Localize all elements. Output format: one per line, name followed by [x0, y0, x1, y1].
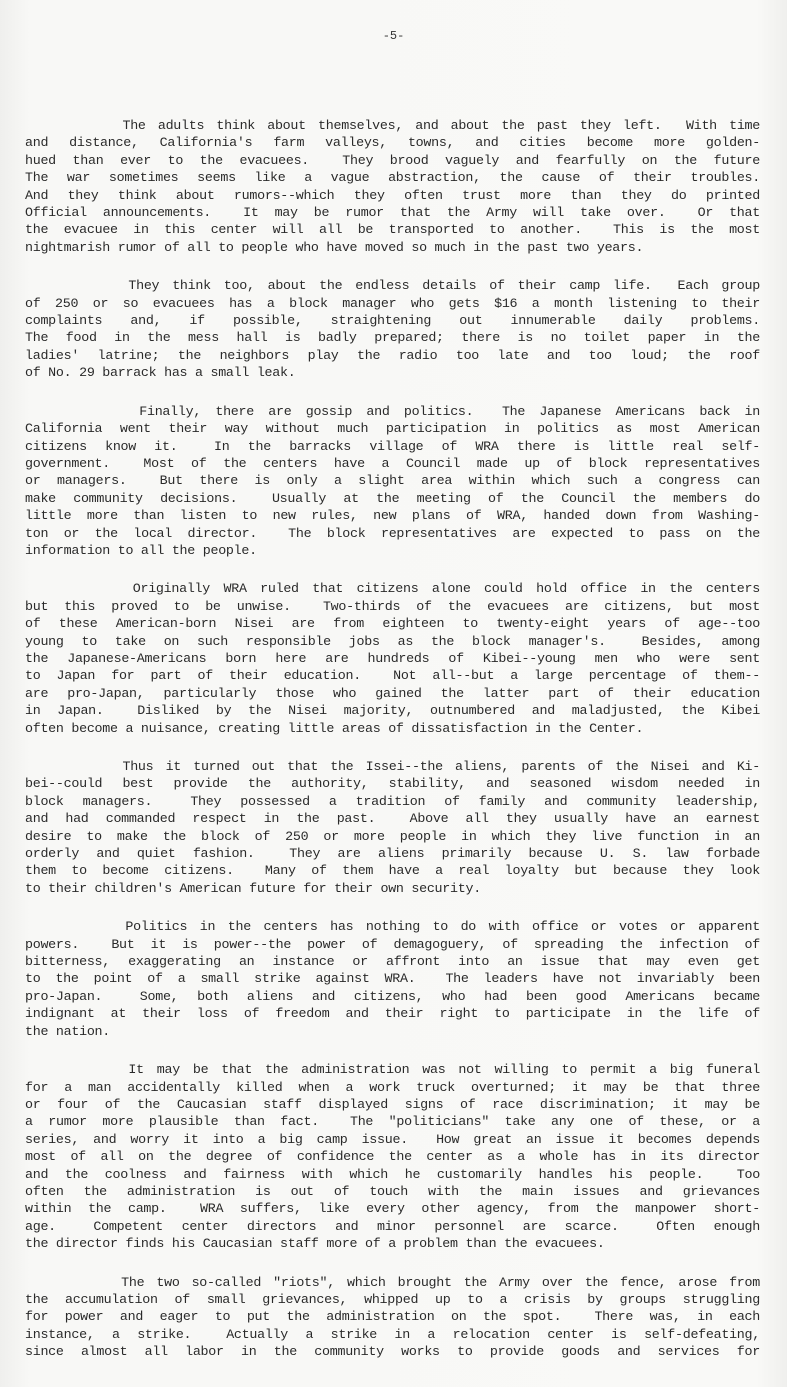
text-line: instance, a strike. Actually a strike in… [25, 1327, 760, 1344]
text-line: Official announcements. It may be rumor … [25, 205, 760, 222]
text-line: hued than ever to the evacuees. They bro… [25, 153, 760, 170]
text-line: information to all the people. [25, 543, 760, 560]
text-line: for a man accidentally killed when a wor… [25, 1080, 760, 1097]
paragraph: Originally WRA ruled that citizens alone… [25, 581, 760, 738]
text-line: The adults think about themselves, and a… [25, 118, 760, 135]
document-body: The adults think about themselves, and a… [25, 118, 760, 1362]
text-line: the nation. [25, 1024, 760, 1041]
paragraph-gap [25, 1254, 760, 1275]
text-line: young to take on such responsible jobs a… [25, 634, 760, 651]
text-line: series, and worry it into a big camp iss… [25, 1132, 760, 1149]
text-line: desire to make the block of 250 or more … [25, 829, 760, 846]
page-number: -5- [0, 29, 787, 43]
text-line: most of all on the degree of confidence … [25, 1149, 760, 1166]
text-line: or four of the Caucasian staff displayed… [25, 1097, 760, 1114]
text-line: to their children's American future for … [25, 881, 760, 898]
paragraph: Thus it turned out that the Issei--the a… [25, 759, 760, 898]
text-line: orderly and quiet fashion. They are alie… [25, 846, 760, 863]
text-line: make community decisions. Usually at the… [25, 491, 760, 508]
text-line: for power and eager to put the administr… [25, 1309, 760, 1326]
text-line: to Japan for part of their education. No… [25, 668, 760, 685]
text-line: ladies' latrine; the neighbors play the … [25, 348, 760, 365]
paragraph: It may be that the administration was no… [25, 1062, 760, 1253]
text-line: indignant at their loss of freedom and t… [25, 1006, 760, 1023]
paragraph-gap [25, 1041, 760, 1062]
paragraph: They think too, about the endless detail… [25, 278, 760, 382]
text-line: of No. 29 barrack has a small leak. [25, 365, 760, 382]
text-line: and the coolness and fairness with which… [25, 1167, 760, 1184]
text-line: the Japanese-Americans born here are hun… [25, 651, 760, 668]
paragraph-gap [25, 383, 760, 404]
text-line: bitterness, exaggerating an instance or … [25, 954, 760, 971]
paragraph-gap [25, 560, 760, 581]
text-line: block managers. They possessed a traditi… [25, 794, 760, 811]
text-line: of these American-born Nisei are from ei… [25, 616, 760, 633]
text-line: little more than listen to new rules, ne… [25, 508, 760, 525]
text-line: bei--could best provide the authority, s… [25, 776, 760, 793]
text-line: since almost all labor in the community … [25, 1344, 760, 1361]
text-line: citizens know it. In the barracks villag… [25, 439, 760, 456]
paragraph: Politics in the centers has nothing to d… [25, 919, 760, 1041]
text-line: in Japan. Disliked by the Nisei majority… [25, 703, 760, 720]
text-line: complaints and, if possible, straighteni… [25, 313, 760, 330]
text-line: of 250 or so evacuees has a block manage… [25, 296, 760, 313]
text-line: The food in the mess hall is badly prepa… [25, 330, 760, 347]
text-line: but this proved to be unwise. Two-thirds… [25, 599, 760, 616]
text-line: And they think about rumors--which they … [25, 188, 760, 205]
text-line: Thus it turned out that the Issei--the a… [25, 759, 760, 776]
paragraph: The two so-called "riots", which brought… [25, 1275, 760, 1362]
text-line: them to become citizens. Many of them ha… [25, 863, 760, 880]
text-line: the director finds his Caucasian staff m… [25, 1236, 760, 1253]
text-line: nightmarish rumor of all to people who h… [25, 240, 760, 257]
text-line: and distance, California's farm valleys,… [25, 135, 760, 152]
text-line: Finally, there are gossip and politics. … [25, 404, 760, 421]
text-line: within the camp. WRA suffers, like every… [25, 1201, 760, 1218]
text-line: pro-Japan. Some, both aliens and citizen… [25, 989, 760, 1006]
text-line: It may be that the administration was no… [25, 1062, 760, 1079]
text-line: government. Most of the centers have a C… [25, 456, 760, 473]
text-line: or managers. But there is only a slight … [25, 473, 760, 490]
paragraph: The adults think about themselves, and a… [25, 118, 760, 257]
text-line: The two so-called "riots", which brought… [25, 1275, 760, 1292]
paragraph-gap [25, 898, 760, 919]
text-line: to the point of a small strike against W… [25, 971, 760, 988]
text-line: the accumulation of small grievances, wh… [25, 1292, 760, 1309]
paragraph-gap [25, 738, 760, 759]
text-line: They think too, about the endless detail… [25, 278, 760, 295]
text-line: California went their way without much p… [25, 421, 760, 438]
text-line: often the administration is out of touch… [25, 1184, 760, 1201]
text-line: are pro-Japan, particularly those who ga… [25, 686, 760, 703]
text-line: the evacuee in this center will all be t… [25, 222, 760, 239]
text-line: and had commanded respect in the past. A… [25, 811, 760, 828]
paragraph: Finally, there are gossip and politics. … [25, 404, 760, 561]
text-line: ton or the local director. The block rep… [25, 526, 760, 543]
text-line: powers. But it is power--the power of de… [25, 937, 760, 954]
text-line: age. Competent center directors and mino… [25, 1219, 760, 1236]
text-line: a rumor more plausible than fact. The "p… [25, 1114, 760, 1131]
text-line: Politics in the centers has nothing to d… [25, 919, 760, 936]
document-page: -5- The adults think about themselves, a… [0, 0, 787, 1387]
text-line: Originally WRA ruled that citizens alone… [25, 581, 760, 598]
text-line: The war sometimes seems like a vague abs… [25, 170, 760, 187]
text-line: often become a nuisance, creating little… [25, 721, 760, 738]
paragraph-gap [25, 257, 760, 278]
